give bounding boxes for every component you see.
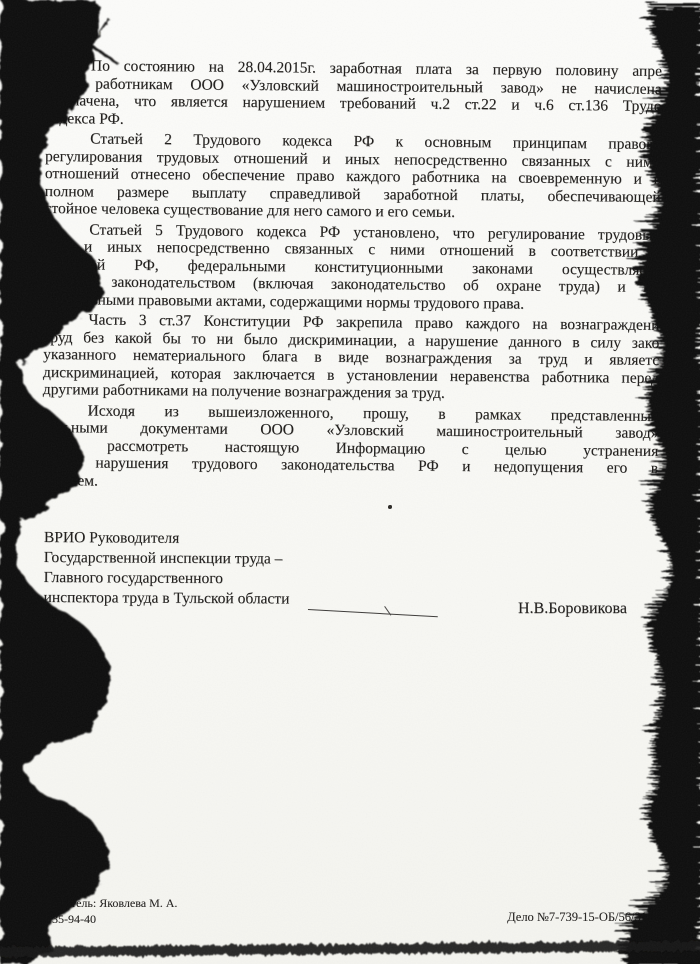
executor-line: лнитель: Яковлева М. А. [52, 896, 177, 912]
footer-executor-block: лнитель: Яковлева М. А. 35-94-40 [52, 896, 177, 927]
paragraph: Статьей 5 Трудового кодекса РФ установле… [44, 220, 661, 313]
case-number: Дело №7-739-15-ОБ/56/31 [482, 910, 647, 925]
scanned-document-page: По состоянию на 28.04.2015г. заработная … [0, 0, 700, 964]
paragraph: По состоянию на 28.04.2015г. заработная … [45, 57, 662, 133]
signature-text-line: Государственной инспекции труда – [44, 548, 464, 571]
signature-block: ВРИО РуководителяГосударственной инспекц… [44, 528, 464, 611]
signature-text-line: Главного государственного [44, 568, 464, 591]
paragraph: Исходя из вышеизложенного, прошу, в рамк… [42, 401, 659, 494]
signatory-name: Н.В.Боровикова [518, 600, 627, 618]
ink-dot [388, 505, 392, 509]
paragraph: Статьей 2 Трудового кодекса РФ к основны… [44, 130, 661, 223]
signature-text-line: ВРИО Руководителя [44, 528, 464, 551]
paragraph: Часть 3 ст.37 Конституции РФ закрепила п… [43, 311, 660, 404]
phone-line: 35-94-40 [52, 912, 177, 928]
document-body: По состоянию на 28.04.2015г. заработная … [42, 57, 662, 498]
signature-text-line: инспектора труда в Тульской области [44, 588, 464, 611]
bottom-scan-streak [0, 941, 700, 957]
